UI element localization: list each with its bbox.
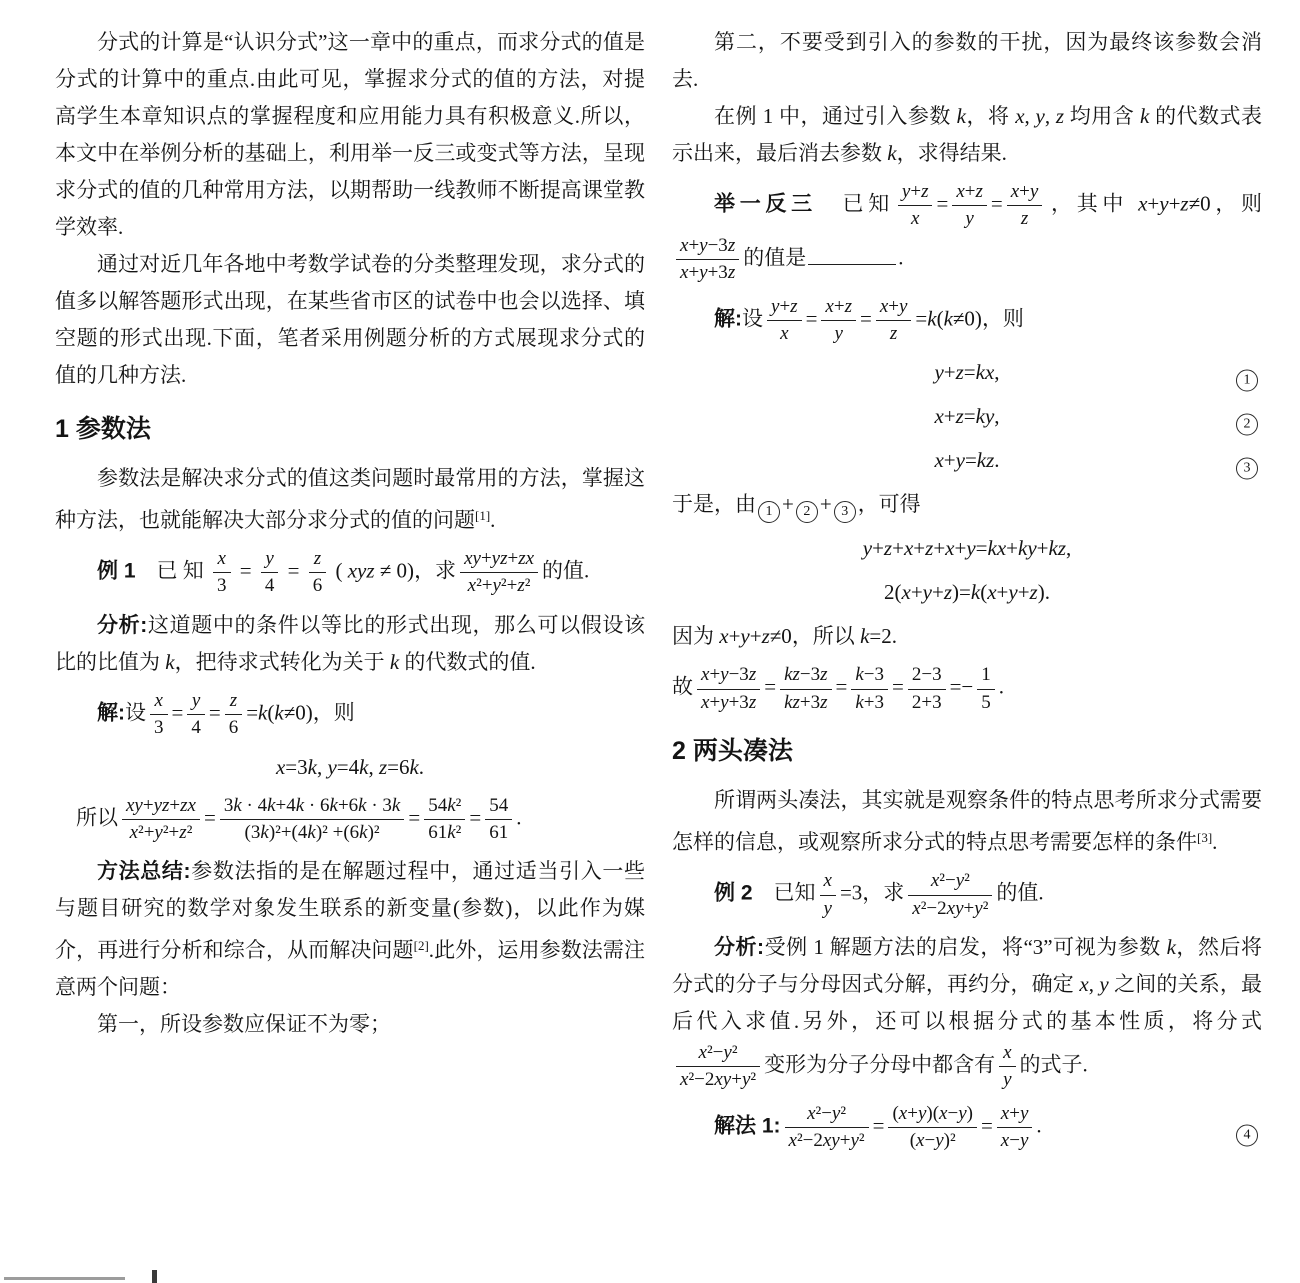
fraction-denominator: 4 xyxy=(261,573,279,597)
math-text: x+y+z≠0 xyxy=(719,624,792,648)
math-text: . xyxy=(999,675,1004,699)
math-text: . xyxy=(1036,1114,1041,1138)
body-text: ，则 xyxy=(982,306,1024,330)
math-text: =3 xyxy=(840,881,862,905)
fraction-numerator: xy+yz+zx xyxy=(122,795,200,820)
math-line: 所以xy+yz+zxx²+y²+z²=3k · 4k+4k · 6k+6k · … xyxy=(55,793,645,847)
fraction-numerator: y+z xyxy=(767,296,802,321)
bold-label: 解: xyxy=(714,307,742,330)
math-text: =k(k≠0) xyxy=(915,306,982,330)
body-text: 第二，不要受到引入的参数的干扰，因为最终该参数会消去. xyxy=(672,30,1262,91)
math-line: x+y=kz.3 xyxy=(672,442,1262,479)
fraction-numerator: 2−3 xyxy=(908,664,946,689)
fraction-numerator: y xyxy=(187,690,205,715)
fraction: 2−32+3 xyxy=(908,664,946,714)
bold-label: 例 2 xyxy=(714,882,753,905)
paragraph: 因为 x+y+z≠0，所以 k=2. xyxy=(672,618,1262,655)
math-text: = xyxy=(981,1114,993,1138)
math-text: = xyxy=(408,805,420,829)
fraction-denominator: x²+y²+z² xyxy=(122,820,200,844)
footer-mark xyxy=(152,1270,157,1283)
footnote-divider xyxy=(4,1277,125,1280)
math-text: k xyxy=(1167,935,1176,959)
math-text: x=3k, y=4k, z=6k. xyxy=(276,755,424,779)
math-text: =− xyxy=(950,675,974,699)
bold-label: 解: xyxy=(97,702,125,725)
right-column: 第二，不要受到引入的参数的干扰，因为最终该参数会消去.在例 1 中，通过引入参数… xyxy=(672,24,1262,1162)
section-heading: 2 两头凑法 xyxy=(672,736,1262,766)
fraction: 15 xyxy=(977,664,995,714)
math-text: = xyxy=(764,675,776,699)
fraction-denominator: 3 xyxy=(213,573,231,597)
fraction: x3 xyxy=(150,690,168,740)
circled-number: 4 xyxy=(1236,1124,1258,1146)
body-text: ，其中 xyxy=(1046,192,1138,216)
body-text: 因为 xyxy=(672,624,719,648)
math-line: 解:设x3=y4=z6=k(k≠0)，则 xyxy=(55,688,645,742)
fraction-numerator: x+y xyxy=(1007,181,1043,206)
math-text: k xyxy=(165,650,174,674)
paragraph: 在例 1 中，通过引入参数 k，将 x, y, z 均用含 k 的代数式表示出来… xyxy=(672,98,1262,172)
fraction-denominator: 5 xyxy=(977,690,995,714)
math-line: x=3k, y=4k, z=6k. xyxy=(55,749,645,786)
fraction-denominator: y xyxy=(999,1067,1015,1091)
fraction-denominator: y xyxy=(821,321,856,345)
fraction: y4 xyxy=(261,548,279,598)
body-text: 的值. xyxy=(542,559,589,583)
fraction-numerator: xy+yz+zx xyxy=(460,548,538,573)
fraction: x+yz xyxy=(876,296,912,346)
math-text: = xyxy=(936,192,948,216)
fraction-numerator: x²−y² xyxy=(785,1103,869,1128)
body-text: 均用含 xyxy=(1064,104,1140,128)
math-text: = xyxy=(991,192,1003,216)
equation-tag: 2 xyxy=(1234,398,1260,435)
equation-tag: 3 xyxy=(1234,442,1260,479)
body-text: + xyxy=(820,492,832,516)
fraction-numerator: (x+y)(x−y) xyxy=(888,1103,977,1128)
paragraph: 分式的计算是“认识分式”这一章中的重点，而求分式的值是分式的计算中的重点.由此可… xyxy=(55,24,645,246)
citation-ref: [1] xyxy=(475,508,490,523)
fraction: x+y−3zx+y+3z xyxy=(697,664,760,714)
math-text: k xyxy=(887,141,896,165)
fraction-denominator: 4 xyxy=(187,715,205,739)
fraction-numerator: 1 xyxy=(977,664,995,689)
fraction: y+zx xyxy=(767,296,802,346)
body-text: 受例 1 解题方法的启发，将“3”可视为参数 xyxy=(764,935,1167,959)
math-text: y+z=kx, xyxy=(934,360,999,384)
body-text: ，把待求式转化为关于 xyxy=(175,650,390,674)
math-text: x+y+z≠0 xyxy=(1138,192,1211,216)
fraction-numerator: x+z xyxy=(821,296,856,321)
math-text: k xyxy=(957,104,966,128)
body-text: ，求 xyxy=(862,881,904,905)
math-text: x+y=kz. xyxy=(934,448,999,472)
fraction: z6 xyxy=(225,690,243,740)
body-text: 所以 xyxy=(76,805,118,829)
math-line: y+z=kx,1 xyxy=(672,354,1262,391)
fraction-denominator: 2+3 xyxy=(908,690,946,714)
fraction-numerator: z xyxy=(309,548,327,573)
fraction-denominator: x xyxy=(898,206,933,230)
fraction: xy xyxy=(999,1042,1015,1092)
paragraph: 分析:受例 1 解题方法的启发，将“3”可视为参数 k，然后将分式的分子与分母因… xyxy=(672,929,1262,1094)
math-line: 故x+y−3zx+y+3z=kz−3zkz+3z=k−3k+3=2−32+3=−… xyxy=(672,662,1262,716)
math-line: 解:设y+zx=x+zy=x+yz=k(k≠0)，则 xyxy=(672,294,1262,348)
fraction-denominator: 3 xyxy=(150,715,168,739)
body-text: 于是，由 xyxy=(672,492,756,516)
fraction: x+yz xyxy=(1007,181,1043,231)
circled-number: 1 xyxy=(758,501,780,523)
body-text: 故 xyxy=(672,675,693,699)
body-text: ，则 xyxy=(1211,192,1262,216)
fraction-numerator: x xyxy=(999,1042,1015,1067)
body-text: ，求得结果. xyxy=(897,141,1007,165)
left-column: 分式的计算是“认识分式”这一章中的重点，而求分式的值是分式的计算中的重点.由此可… xyxy=(55,24,645,1162)
body-text: ，将 xyxy=(966,104,1015,128)
fraction-denominator: k+3 xyxy=(851,690,888,714)
body-text: 的式子. xyxy=(1020,1053,1088,1077)
fraction: 54k²61k² xyxy=(424,795,465,845)
fraction: x+zy xyxy=(952,181,987,231)
paragraph: 所谓两头凑法，其实就是观察条件的特点思考所求分式需要怎样的信息，或观察所求分式的… xyxy=(672,782,1262,861)
paragraph: 于是，由1+2+3，可得 xyxy=(672,486,1262,523)
paragraph: 通过对近几年各地中考数学试卷的分类整理发现，求分式的值多以解答题形式出现，在某些… xyxy=(55,246,645,394)
body-text: 的值是 xyxy=(743,246,806,270)
math-line: 例 1 已 知 x3 = y4 = z6 ( xyz ≠ 0)，求xy+yz+z… xyxy=(55,546,645,600)
fraction: x²−y²x²−2xy+y² xyxy=(908,870,992,920)
fraction-numerator: kz−3z xyxy=(780,664,831,689)
fraction-numerator: 54k² xyxy=(424,795,465,820)
fraction-denominator: (x−y)² xyxy=(888,1128,977,1152)
math-line: 2(x+y+z)=k(x+y+z). xyxy=(672,574,1262,611)
fraction-denominator: x²−2xy+y² xyxy=(676,1067,760,1091)
fraction: x+zy xyxy=(821,296,856,346)
math-line: y+z+x+z+x+y=kx+ky+kz, xyxy=(672,530,1262,567)
fraction-denominator: x²+y²+z² xyxy=(460,573,538,597)
fraction-denominator: 61k² xyxy=(424,820,465,844)
circled-number: 3 xyxy=(1236,457,1258,479)
fraction-numerator: x xyxy=(150,690,168,715)
body-text: 在例 1 中，通过引入参数 xyxy=(714,104,957,128)
math-text: k=2. xyxy=(860,624,897,648)
fraction-numerator: x²−y² xyxy=(908,870,992,895)
section-heading: 1 参数法 xyxy=(55,414,645,444)
body-text: + xyxy=(782,492,794,516)
body-text: ，可得 xyxy=(858,492,921,516)
body-text: 第一，所设参数应保证不为零； xyxy=(97,1012,391,1036)
fraction-denominator: x xyxy=(767,321,802,345)
math-text: x+z=ky, xyxy=(934,404,999,428)
math-text: x, y, z xyxy=(1015,104,1064,128)
fraction: y+zx xyxy=(898,181,933,231)
fraction: x²−y²x²−2xy+y² xyxy=(676,1042,760,1092)
circled-number: 2 xyxy=(1236,413,1258,435)
fraction: 5461 xyxy=(485,795,512,845)
fraction: x²−y²x²−2xy+y² xyxy=(785,1103,869,1153)
math-line: 举一反三 已知y+zx=x+zy=x+yz，其中 x+y+z≠0，则x+y−3z… xyxy=(672,179,1262,287)
bold-label: 解法 1: xyxy=(714,1115,781,1138)
fraction: x3 xyxy=(213,548,231,598)
circled-number: 1 xyxy=(1236,369,1258,391)
fraction-numerator: x+z xyxy=(952,181,987,206)
fraction-denominator: z xyxy=(876,321,912,345)
math-text: y+z+x+z+x+y=kx+ky+kz, xyxy=(863,536,1072,560)
fraction-numerator: z xyxy=(225,690,243,715)
paragraph: 参数法是解决求分式的值这类问题时最常用的方法，掌握这种方法，也就能解决大部分求分… xyxy=(55,460,645,539)
body-text: 设 xyxy=(125,701,146,725)
fraction-numerator: x+y xyxy=(876,296,912,321)
fraction: x+yx−y xyxy=(997,1103,1033,1153)
paragraph: 分析:这道题中的条件以等比的形式出现，那么可以假设该比的比值为 k，把待求式转化… xyxy=(55,607,645,681)
fraction: xy xyxy=(820,870,836,920)
equation-tag: 1 xyxy=(1234,354,1260,391)
body-text: 已知 xyxy=(817,192,894,216)
body-text: . xyxy=(1212,830,1217,854)
fraction-denominator: x+y+3z xyxy=(697,690,760,714)
math-text: x, y xyxy=(1079,972,1108,996)
fraction: xy+yz+zxx²+y²+z² xyxy=(460,548,538,598)
blank-underline xyxy=(808,259,896,265)
fraction-denominator: z xyxy=(1007,206,1043,230)
fraction-numerator: 3k · 4k+4k · 6k+6k · 3k xyxy=(220,795,405,820)
math-text: = xyxy=(860,306,872,330)
body-text: ，求 xyxy=(414,559,456,583)
fraction-numerator: y+z xyxy=(898,181,933,206)
fraction-numerator: 54 xyxy=(485,795,512,820)
math-text: = xyxy=(892,675,904,699)
bold-label: 分析: xyxy=(714,936,764,959)
bold-label: 举一反三 xyxy=(714,193,817,216)
circled-number: 2 xyxy=(796,501,818,523)
paragraph: 第一，所设参数应保证不为零； xyxy=(55,1006,645,1043)
math-text: = xyxy=(806,306,818,330)
bold-label: 分析: xyxy=(97,614,147,637)
fraction: kz−3zkz+3z xyxy=(780,664,831,714)
math-text: = xyxy=(282,559,304,583)
citation-ref: [3] xyxy=(1197,830,1212,845)
math-text: k xyxy=(390,650,399,674)
fraction-numerator: x+y−3z xyxy=(697,664,760,689)
fraction-denominator: y xyxy=(952,206,987,230)
body-text: 2 两头凑法 xyxy=(672,737,793,765)
math-text: =k(k≠0) xyxy=(246,701,313,725)
fraction-denominator: 6 xyxy=(225,715,243,739)
body-text: 所谓两头凑法，其实就是观察条件的特点思考所求分式需要怎样的信息，或观察所求分式的… xyxy=(672,788,1262,854)
bold-label: 例 1 xyxy=(97,560,136,583)
fraction: k−3k+3 xyxy=(851,664,888,714)
fraction: z6 xyxy=(309,548,327,598)
fraction-denominator: x+y+3z xyxy=(676,260,739,284)
fraction: xy+yz+zxx²+y²+z² xyxy=(122,795,200,845)
fraction-denominator: y xyxy=(820,896,836,920)
body-text: 变形为分子分母中都含有 xyxy=(764,1053,995,1077)
math-text: = xyxy=(204,805,216,829)
paragraph: 第二，不要受到引入的参数的干扰，因为最终该参数会消去. xyxy=(672,24,1262,98)
math-line: x+z=ky,2 xyxy=(672,398,1262,435)
fraction: 3k · 4k+4k · 6k+6k · 3k(3k)²+(4k)² +(6k)… xyxy=(220,795,405,845)
body-text: . xyxy=(490,508,495,532)
math-text: = xyxy=(172,701,184,725)
fraction: x+y−3zx+y+3z xyxy=(676,235,739,285)
body-text: 1 参数法 xyxy=(55,415,151,443)
fraction-denominator: 6 xyxy=(309,573,327,597)
math-text: ( xyz ≠ 0) xyxy=(330,559,414,583)
body-text: 已 知 xyxy=(136,559,210,583)
fraction-numerator: y xyxy=(261,548,279,573)
math-text: = xyxy=(469,805,481,829)
math-text: = xyxy=(235,559,257,583)
circled-number: 3 xyxy=(834,501,856,523)
body-text: 通过对近几年各地中考数学试卷的分类整理发现，求分式的值多以解答题形式出现，在某些… xyxy=(55,252,645,387)
body-text: ，所以 xyxy=(792,624,860,648)
document-page: { "colors":{"background":"#ffffff","text… xyxy=(0,0,1300,1283)
math-text: k xyxy=(1140,104,1149,128)
body-text: ，则 xyxy=(313,701,355,725)
fraction-numerator: x xyxy=(213,548,231,573)
body-text: 参数法是解决求分式的值这类问题时最常用的方法，掌握这种方法，也就能解决大部分求分… xyxy=(55,466,645,532)
bold-label: 方法总结: xyxy=(97,860,191,883)
math-text: = xyxy=(836,675,848,699)
equation-tag: 4 xyxy=(1192,1109,1260,1146)
citation-ref: [2] xyxy=(414,938,429,953)
fraction-denominator: x²−2xy+y² xyxy=(908,896,992,920)
body-text: 的代数式的值. xyxy=(399,650,536,674)
fraction-denominator: x−y xyxy=(997,1128,1033,1152)
body-text: 的值. xyxy=(996,881,1043,905)
math-line: 解法 1:x²−y²x²−2xy+y²=(x+y)(x−y)(x−y)²=x+y… xyxy=(672,1101,1262,1155)
fraction-numerator: x+y xyxy=(997,1103,1033,1128)
fraction-denominator: 61 xyxy=(485,820,512,844)
math-text: = xyxy=(209,701,221,725)
body-text: 已知 xyxy=(753,881,816,905)
body-text: . xyxy=(898,246,903,270)
fraction: (x+y)(x−y)(x−y)² xyxy=(888,1103,977,1153)
math-text: 2(x+y+z)=k(x+y+z). xyxy=(884,580,1050,604)
fraction-numerator: x+y−3z xyxy=(676,235,739,260)
math-text: . xyxy=(516,805,521,829)
math-text: = xyxy=(873,1114,885,1138)
article-body: 分式的计算是“认识分式”这一章中的重点，而求分式的值是分式的计算中的重点.由此可… xyxy=(0,0,1300,1162)
fraction-numerator: k−3 xyxy=(851,664,888,689)
body-text: 设 xyxy=(742,306,763,330)
fraction: y4 xyxy=(187,690,205,740)
fraction-numerator: x xyxy=(820,870,836,895)
fraction-denominator: (3k)²+(4k)² +(6k)² xyxy=(220,820,405,844)
body-text: 分式的计算是“认识分式”这一章中的重点，而求分式的值是分式的计算中的重点.由此可… xyxy=(55,30,645,239)
math-line: 例 2 已知xy=3，求x²−y²x²−2xy+y²的值. xyxy=(672,868,1262,922)
fraction-numerator: x²−y² xyxy=(676,1042,760,1067)
fraction-denominator: kz+3z xyxy=(780,690,831,714)
fraction-denominator: x²−2xy+y² xyxy=(785,1128,869,1152)
paragraph: 方法总结:参数法指的是在解题过程中，通过适当引入一些与题目研究的数学对象发生联系… xyxy=(55,853,645,1006)
